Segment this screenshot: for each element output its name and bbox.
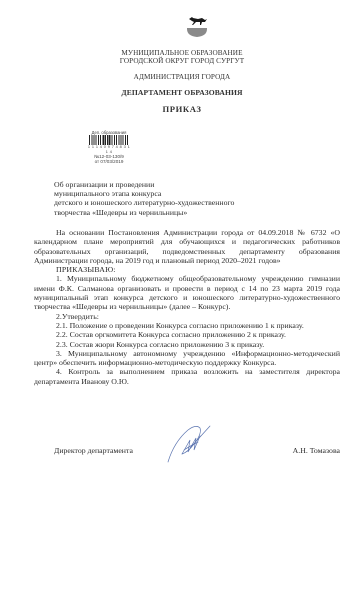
order-item-2-3: 2.3. Состав жюри Конкурса согласно прило… — [34, 340, 340, 349]
signatory-name: А.Н. Томазова — [293, 446, 340, 455]
order-word: ПРИКАЗЫВАЮ: — [34, 265, 340, 274]
order-item-3: 3. Муниципальному автономному учреждению… — [34, 349, 340, 368]
department-title: ДЕПАРТАМЕНТ ОБРАЗОВАНИЯ — [0, 88, 364, 97]
barcode — [89, 135, 129, 145]
registration-stamp: Деп. образования 1 1 1 4 0 9 7 4 8 3 1 1… — [87, 130, 131, 165]
municipality-name-line-2: ГОРОДСКОЙ ОКРУГ ГОРОД СУРГУТ — [0, 57, 364, 65]
order-item-2-2: 2.2. Состав оргкомитета Конкурса согласн… — [34, 330, 340, 339]
order-item-2: 2.Утвердить: — [34, 312, 340, 321]
order-item-1: 1. Муниципальному бюджетному общеобразов… — [34, 274, 340, 311]
administration-title: АДМИНИСТРАЦИЯ ГОРОДА — [0, 73, 364, 81]
subject-line: Об организации и проведении — [54, 180, 234, 189]
document-page: МУНИЦИПАЛЬНОЕ ОБРАЗОВАНИЕ ГОРОДСКОЙ ОКРУ… — [0, 0, 364, 599]
registration-date: от 07/03/2019 — [87, 159, 131, 164]
order-item-4: 4. Контроль за выполнением приказа возло… — [34, 367, 340, 386]
subject-line: творчества «Шедевры из чернильницы» — [54, 208, 234, 217]
document-type-title: ПРИКАЗ — [0, 104, 364, 114]
barcode-digits: 1 1 1 4 0 9 7 4 8 3 1 1 4 — [87, 145, 131, 154]
handwritten-signature-icon — [160, 420, 220, 465]
subject-line: муниципального этапа конкурса — [54, 189, 234, 198]
municipality-name-line-1: МУНИЦИПАЛЬНОЕ ОБРАЗОВАНИЕ — [0, 49, 364, 57]
order-item-2-1: 2.1. Положение о проведении Конкурса сог… — [34, 321, 340, 330]
order-subject: Об организации и проведении муниципально… — [54, 180, 234, 217]
subject-line: детского и юношеского литературно-художе… — [54, 198, 234, 207]
signatory-title: Директор департамента — [54, 446, 133, 455]
coat-of-arms-fox-icon — [186, 11, 208, 38]
stamp-department: Деп. образования — [87, 130, 131, 135]
preamble-paragraph: На основании Постановления Администрации… — [34, 228, 340, 265]
order-body: На основании Постановления Администрации… — [34, 228, 340, 386]
